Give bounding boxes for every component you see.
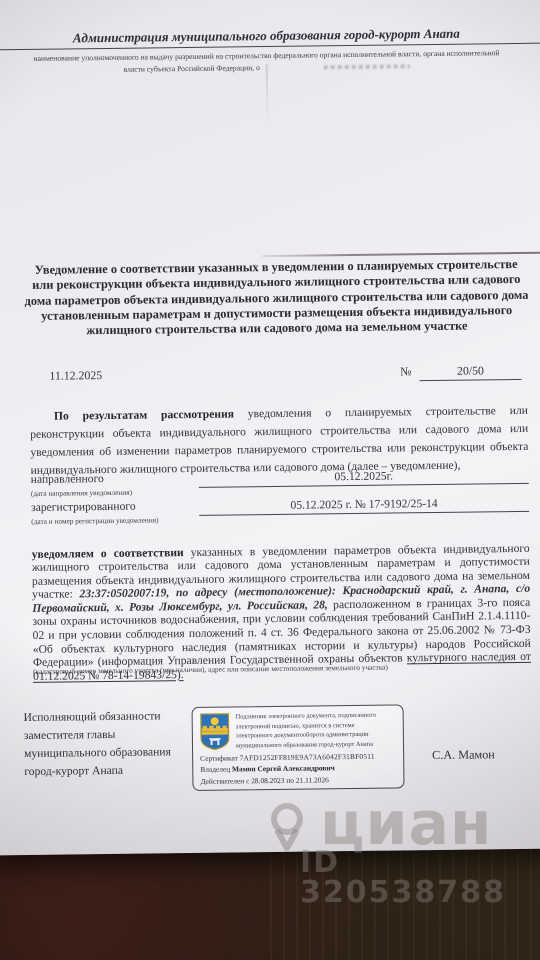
org-caption: наименование уполномоченного на выдачу р… <box>0 47 540 77</box>
signer-name: С.А. Мамон <box>432 747 495 763</box>
photo-background: Администрация муниципального образования… <box>0 0 540 960</box>
number-value: 20/50 <box>419 363 521 381</box>
registered-label: зарегистрированного <box>31 500 199 515</box>
stamp-auth-line1: Подлинник электронного документа, подпис… <box>236 712 376 721</box>
document-number: №20/50 <box>400 363 521 381</box>
e-signature-stamp: Подлинник электронного документа, подпис… <box>192 704 405 791</box>
intro-lead: По результатам рассмотрения <box>54 407 234 422</box>
certificate-row: Сертификат 7AFD1252FF819E9A73A6042F31BF0… <box>200 751 396 762</box>
intro-paragraph: По результатам рассмотрения уведомления … <box>30 401 529 479</box>
stamp-authenticity-text: Подлинник электронного документа, подпис… <box>236 711 377 751</box>
stamp-auth-line2: электронной подписью, хранится в системе <box>236 722 355 730</box>
certificate-value: 7AFD1252FF819E9A73A6042F31BF0511 <box>240 752 375 763</box>
stamp-auth-line3: электронного документооборота администра… <box>236 731 369 740</box>
org-caption-line2: власти субъекта Российской Федерации, о <box>124 63 260 74</box>
signature-row: Исполняющий обязанности заместителя глав… <box>24 703 535 793</box>
sent-label: направленного <box>31 472 199 487</box>
faded-text-smudge <box>324 64 410 69</box>
certificate-label: Сертификат <box>200 753 238 762</box>
registered-field-row: зарегистрированного (дата и номер регист… <box>31 496 529 526</box>
org-name: Администрация муниципального образования… <box>0 25 540 51</box>
org-caption-line1: наименование уполномоченного на выдачу р… <box>34 48 500 63</box>
sent-caption: (дата направления уведомления) <box>31 487 199 498</box>
number-sign: № <box>400 364 411 378</box>
validity-to: 21.11.2026 <box>296 775 329 784</box>
registered-label-block: зарегистрированного (дата и номер регист… <box>31 500 199 526</box>
sent-value: 05.12.2025г. <box>199 468 529 488</box>
registered-caption: (дата и номер регистрации уведомления) <box>31 515 199 526</box>
validity-from: 28.08.2023 <box>251 776 284 785</box>
stamp-top: Подлинник электронного документа, подпис… <box>200 710 396 751</box>
date-number-row: 11.12.2025 №20/50 <box>29 363 521 387</box>
document-sheet: Администрация муниципального образования… <box>0 0 540 855</box>
main-lead: уведомляем о соответствии <box>32 546 184 561</box>
validity-row: Действителен с 28.08.2023 по 21.11.2026 <box>200 774 396 785</box>
validity-separator: по <box>286 776 294 785</box>
stamp-auth-line4: муниципального образования город-курорт … <box>236 741 373 750</box>
notification-document: Администрация муниципального образования… <box>0 0 540 855</box>
registered-value: 05.12.2025 г. № 17-9192/25-14 <box>199 496 529 516</box>
owner-row: Владелец Мамон Сергей Александрович <box>200 763 396 774</box>
document-title: Уведомление о соответствии указанных в у… <box>24 257 529 339</box>
validity-label: Действителен с <box>200 776 249 786</box>
sent-field-row: направленного (дата направления уведомле… <box>31 468 529 498</box>
owner-label: Владелец <box>200 765 230 774</box>
sent-label-block: направленного (дата направления уведомле… <box>31 472 199 498</box>
owner-name: Мамон Сергей Александрович <box>232 764 335 774</box>
document-date: 11.12.2025 <box>49 368 102 384</box>
signer-position: Исполняющий обязанности заместителя глав… <box>24 707 191 781</box>
anapa-coat-of-arms-icon <box>200 713 230 751</box>
